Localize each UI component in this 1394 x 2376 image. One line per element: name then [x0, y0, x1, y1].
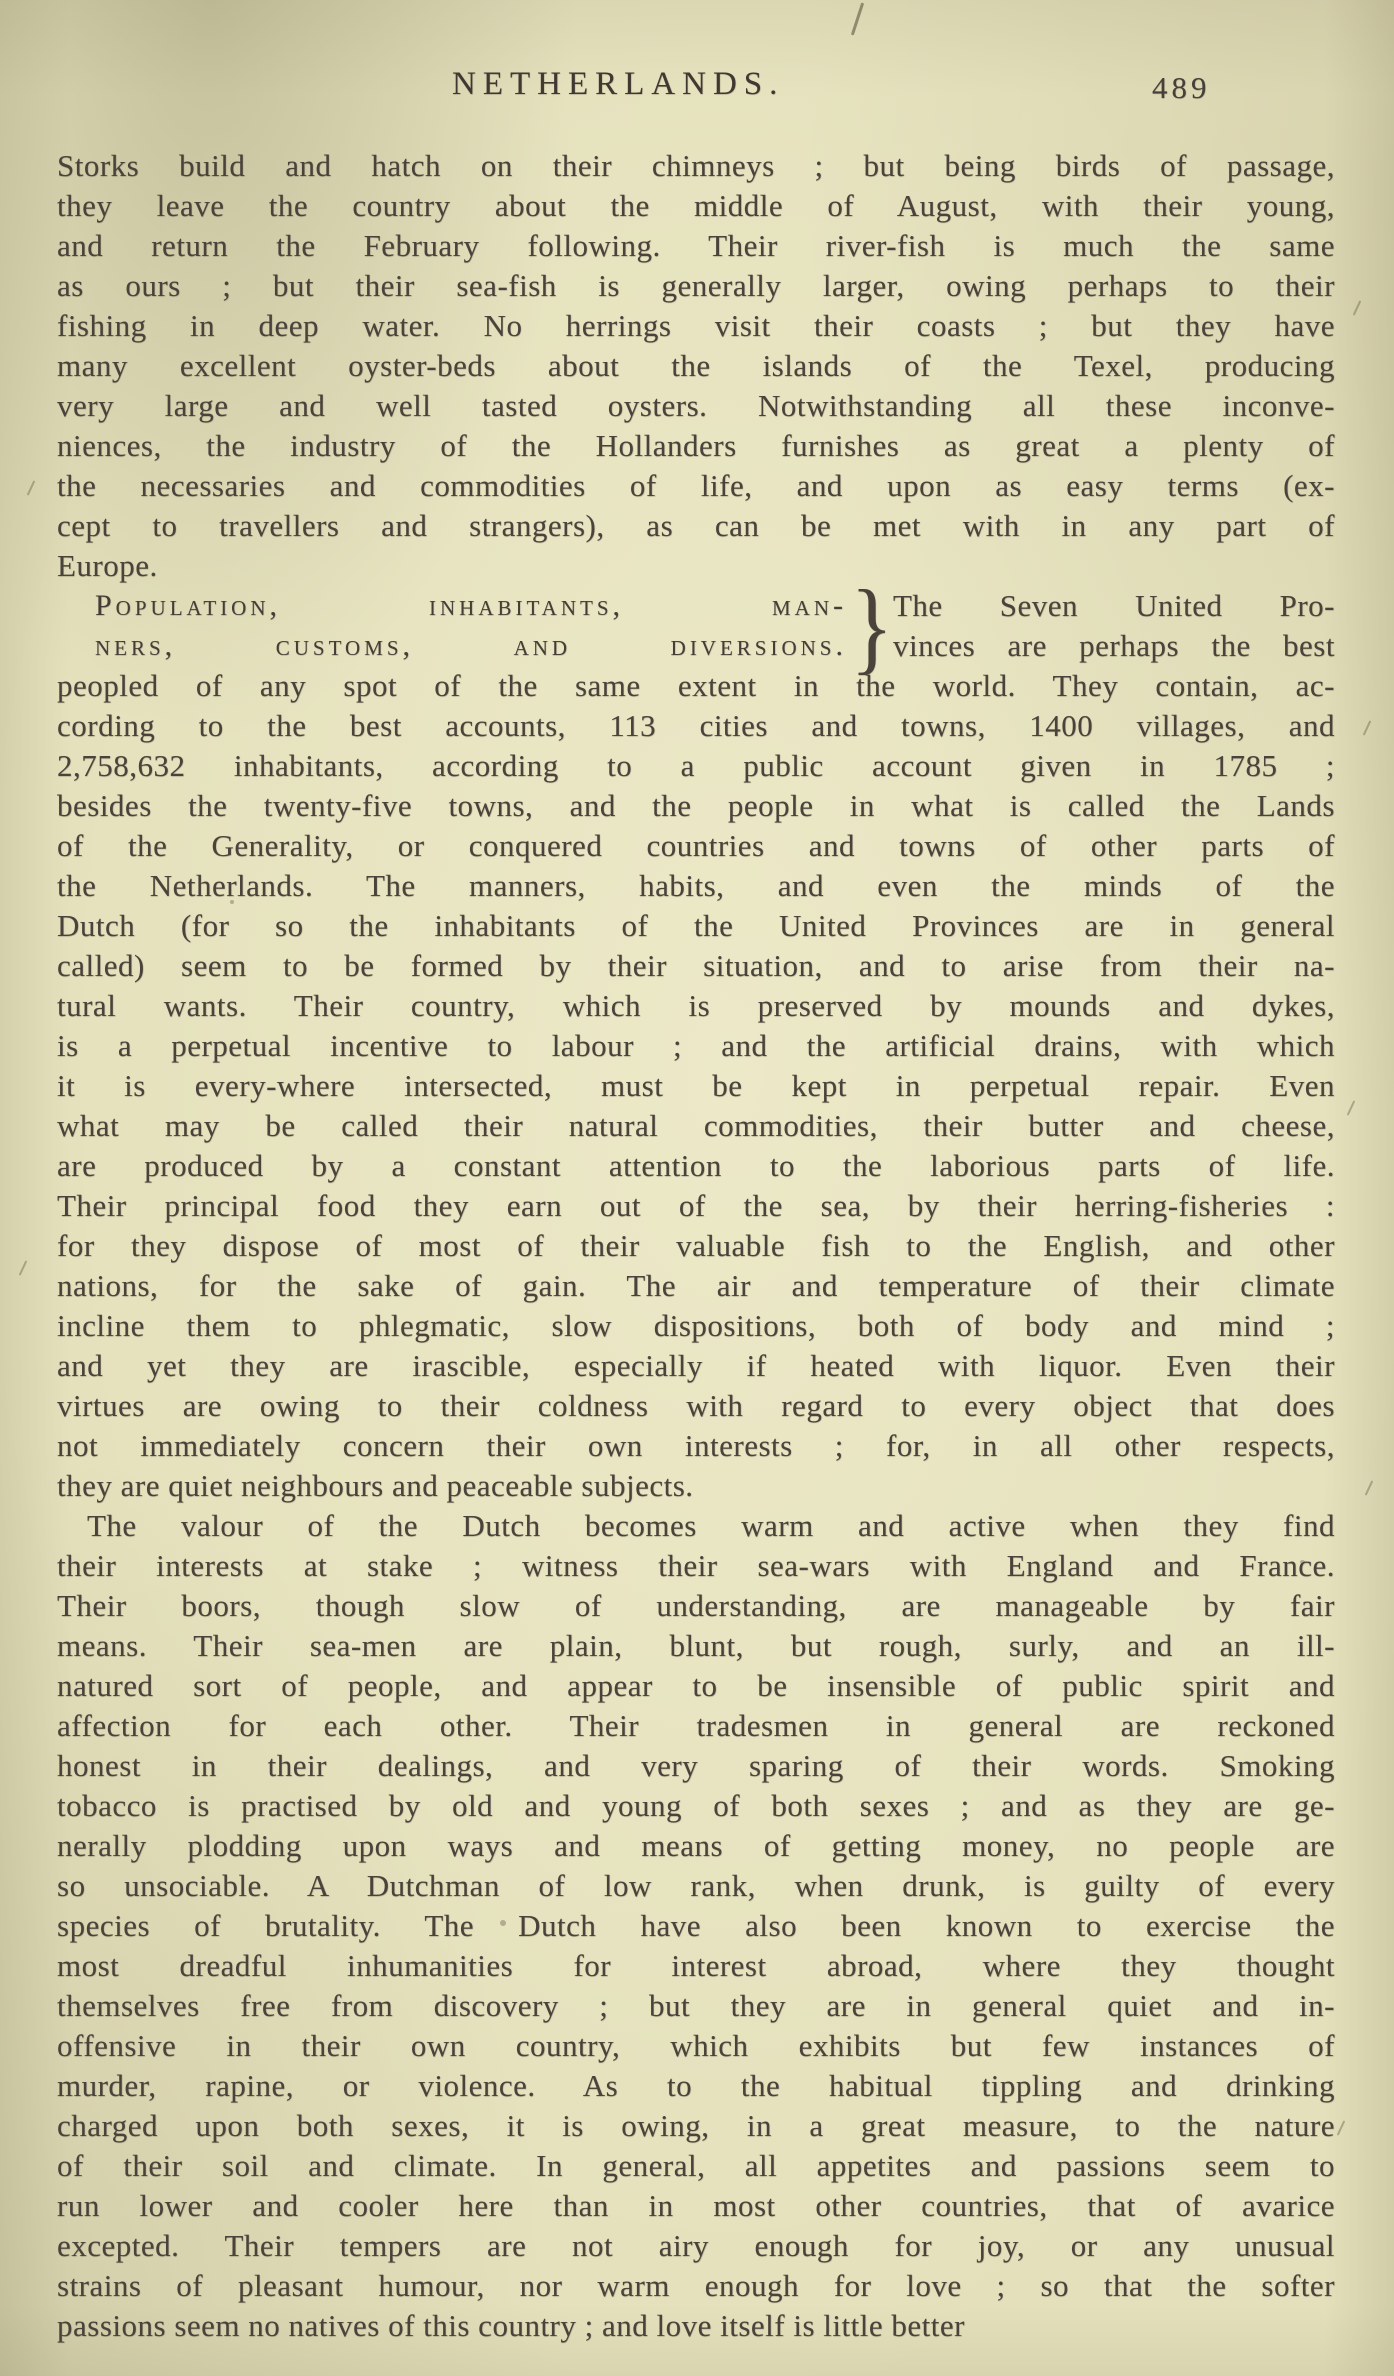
page-number: 489: [1152, 70, 1211, 106]
text-line: very large and well tasted oysters. Notw…: [57, 386, 1335, 426]
text-line: incline them to phlegmatic, slow disposi…: [57, 1306, 1335, 1346]
section-heading-line2: ners, customs, and diversions.: [57, 626, 847, 666]
text-line: offensive in their own country, which ex…: [57, 2026, 1335, 2066]
section-heading-line1: Population, inhabitants, man-: [57, 586, 847, 626]
text-line: is a perpetual incentive to labour ; and…: [57, 1026, 1335, 1066]
text-line: tural wants. Their country, which is pre…: [57, 986, 1335, 1026]
section-heading: Population, inhabitants, man- ners, cust…: [57, 586, 847, 666]
text-line: so unsociable. A Dutchman of low rank, w…: [57, 1866, 1335, 1906]
section-intro: The Seven United Pro- vinces are perhaps…: [893, 586, 1335, 666]
text-line: means. Their sea-men are plain, blunt, b…: [57, 1626, 1335, 1666]
page-body: Storks build and hatch on their chimneys…: [57, 146, 1335, 2346]
scan-artifact-slash: [851, 2, 864, 35]
paragraph-storks: Storks build and hatch on their chimneys…: [57, 146, 1335, 586]
text-line: what may be called their natural commodi…: [57, 1106, 1335, 1146]
text-line: murder, rapine, or violence. As to the h…: [57, 2066, 1335, 2106]
text-line: passions seem no natives of this country…: [57, 2306, 1335, 2346]
section-intro-line2: vinces are perhaps the best: [893, 626, 1335, 666]
text-line: Europe.: [57, 546, 1335, 586]
text-line: natured sort of people, and appear to be…: [57, 1666, 1335, 1706]
paper-speck: [1347, 1100, 1356, 1115]
text-line: run lower and cooler here than in most o…: [57, 2186, 1335, 2226]
text-line: strains of pleasant humour, nor warm eno…: [57, 2266, 1335, 2306]
text-line: peopled of any spot of the same extent i…: [57, 666, 1335, 706]
text-line: The valour of the Dutch becomes warm and…: [57, 1506, 1335, 1546]
text-line: most dreadful inhumanities for interest …: [57, 1946, 1335, 1986]
text-line: affection for each other. Their tradesme…: [57, 1706, 1335, 1746]
paper-speck: [19, 1260, 28, 1275]
text-line: are produced by a constant attention to …: [57, 1146, 1335, 1186]
section-intro-line1: The Seven United Pro-: [893, 586, 1335, 626]
text-line: and return the February following. Their…: [57, 226, 1335, 266]
text-line: their interests at stake ; witness their…: [57, 1546, 1335, 1586]
paper-speck: [27, 480, 36, 495]
text-line: besides the twenty-five towns, and the p…: [57, 786, 1335, 826]
text-line: the necessaries and commodities of life,…: [57, 466, 1335, 506]
text-line: many excellent oyster-beds about the isl…: [57, 346, 1335, 386]
text-line: cording to the best accounts, 113 cities…: [57, 706, 1335, 746]
text-line: the Netherlands. The manners, habits, an…: [57, 866, 1335, 906]
text-line: themselves free from discovery ; but the…: [57, 1986, 1335, 2026]
text-line: species of brutality. The Dutch have als…: [57, 1906, 1335, 1946]
text-line: of the Generality, or conquered countrie…: [57, 826, 1335, 866]
paragraph-population: peopled of any spot of the same extent i…: [57, 666, 1335, 1506]
text-line: they are quiet neighbours and peaceable …: [57, 1466, 1335, 1506]
brace-glyph: }: [850, 586, 889, 666]
running-header: NETHERLANDS. 489: [0, 66, 1394, 112]
section-heading-row: Population, inhabitants, man- ners, cust…: [57, 586, 1335, 666]
paper-speck: [1353, 300, 1362, 315]
text-line: not immediately concern their own intere…: [57, 1426, 1335, 1466]
text-line: as ours ; but their sea-fish is generall…: [57, 266, 1335, 306]
book-page: NETHERLANDS. 489 Storks build and hatch …: [0, 0, 1394, 2376]
text-line: Storks build and hatch on their chimneys…: [57, 146, 1335, 186]
paper-speck: [1365, 1480, 1374, 1495]
text-line: called) seem to be formed by their situa…: [57, 946, 1335, 986]
paper-speck: [1337, 2120, 1346, 2135]
page-title: NETHERLANDS.: [452, 66, 784, 103]
text-line: 2,758,632 inhabitants, according to a pu…: [57, 746, 1335, 786]
text-line: charged upon both sexes, it is owing, in…: [57, 2106, 1335, 2146]
paragraph-valour: The valour of the Dutch becomes warm and…: [57, 1506, 1335, 2346]
text-line: it is every-where intersected, must be k…: [57, 1066, 1335, 1106]
text-line: tobacco is practised by old and young of…: [57, 1786, 1335, 1826]
text-line: for they dispose of most of their valuab…: [57, 1226, 1335, 1266]
paper-speck: [1363, 720, 1372, 735]
text-line: Their principal food they earn out of th…: [57, 1186, 1335, 1226]
text-line: virtues are owing to their coldness with…: [57, 1386, 1335, 1426]
text-line: Dutch (for so the inhabitants of the Uni…: [57, 906, 1335, 946]
text-line: and yet they are irascible, especially i…: [57, 1346, 1335, 1386]
text-line: honest in their dealings, and very spari…: [57, 1746, 1335, 1786]
text-line: excepted. Their tempers are not airy eno…: [57, 2226, 1335, 2266]
text-line: of their soil and climate. In general, a…: [57, 2146, 1335, 2186]
text-line: niences, the industry of the Hollanders …: [57, 426, 1335, 466]
text-line: they leave the country about the middle …: [57, 186, 1335, 226]
text-line: nerally plodding upon ways and means of …: [57, 1826, 1335, 1866]
text-line: cept to travellers and strangers), as ca…: [57, 506, 1335, 546]
text-line: nations, for the sake of gain. The air a…: [57, 1266, 1335, 1306]
text-line: fishing in deep water. No herrings visit…: [57, 306, 1335, 346]
text-line: Their boors, though slow of understandin…: [57, 1586, 1335, 1626]
